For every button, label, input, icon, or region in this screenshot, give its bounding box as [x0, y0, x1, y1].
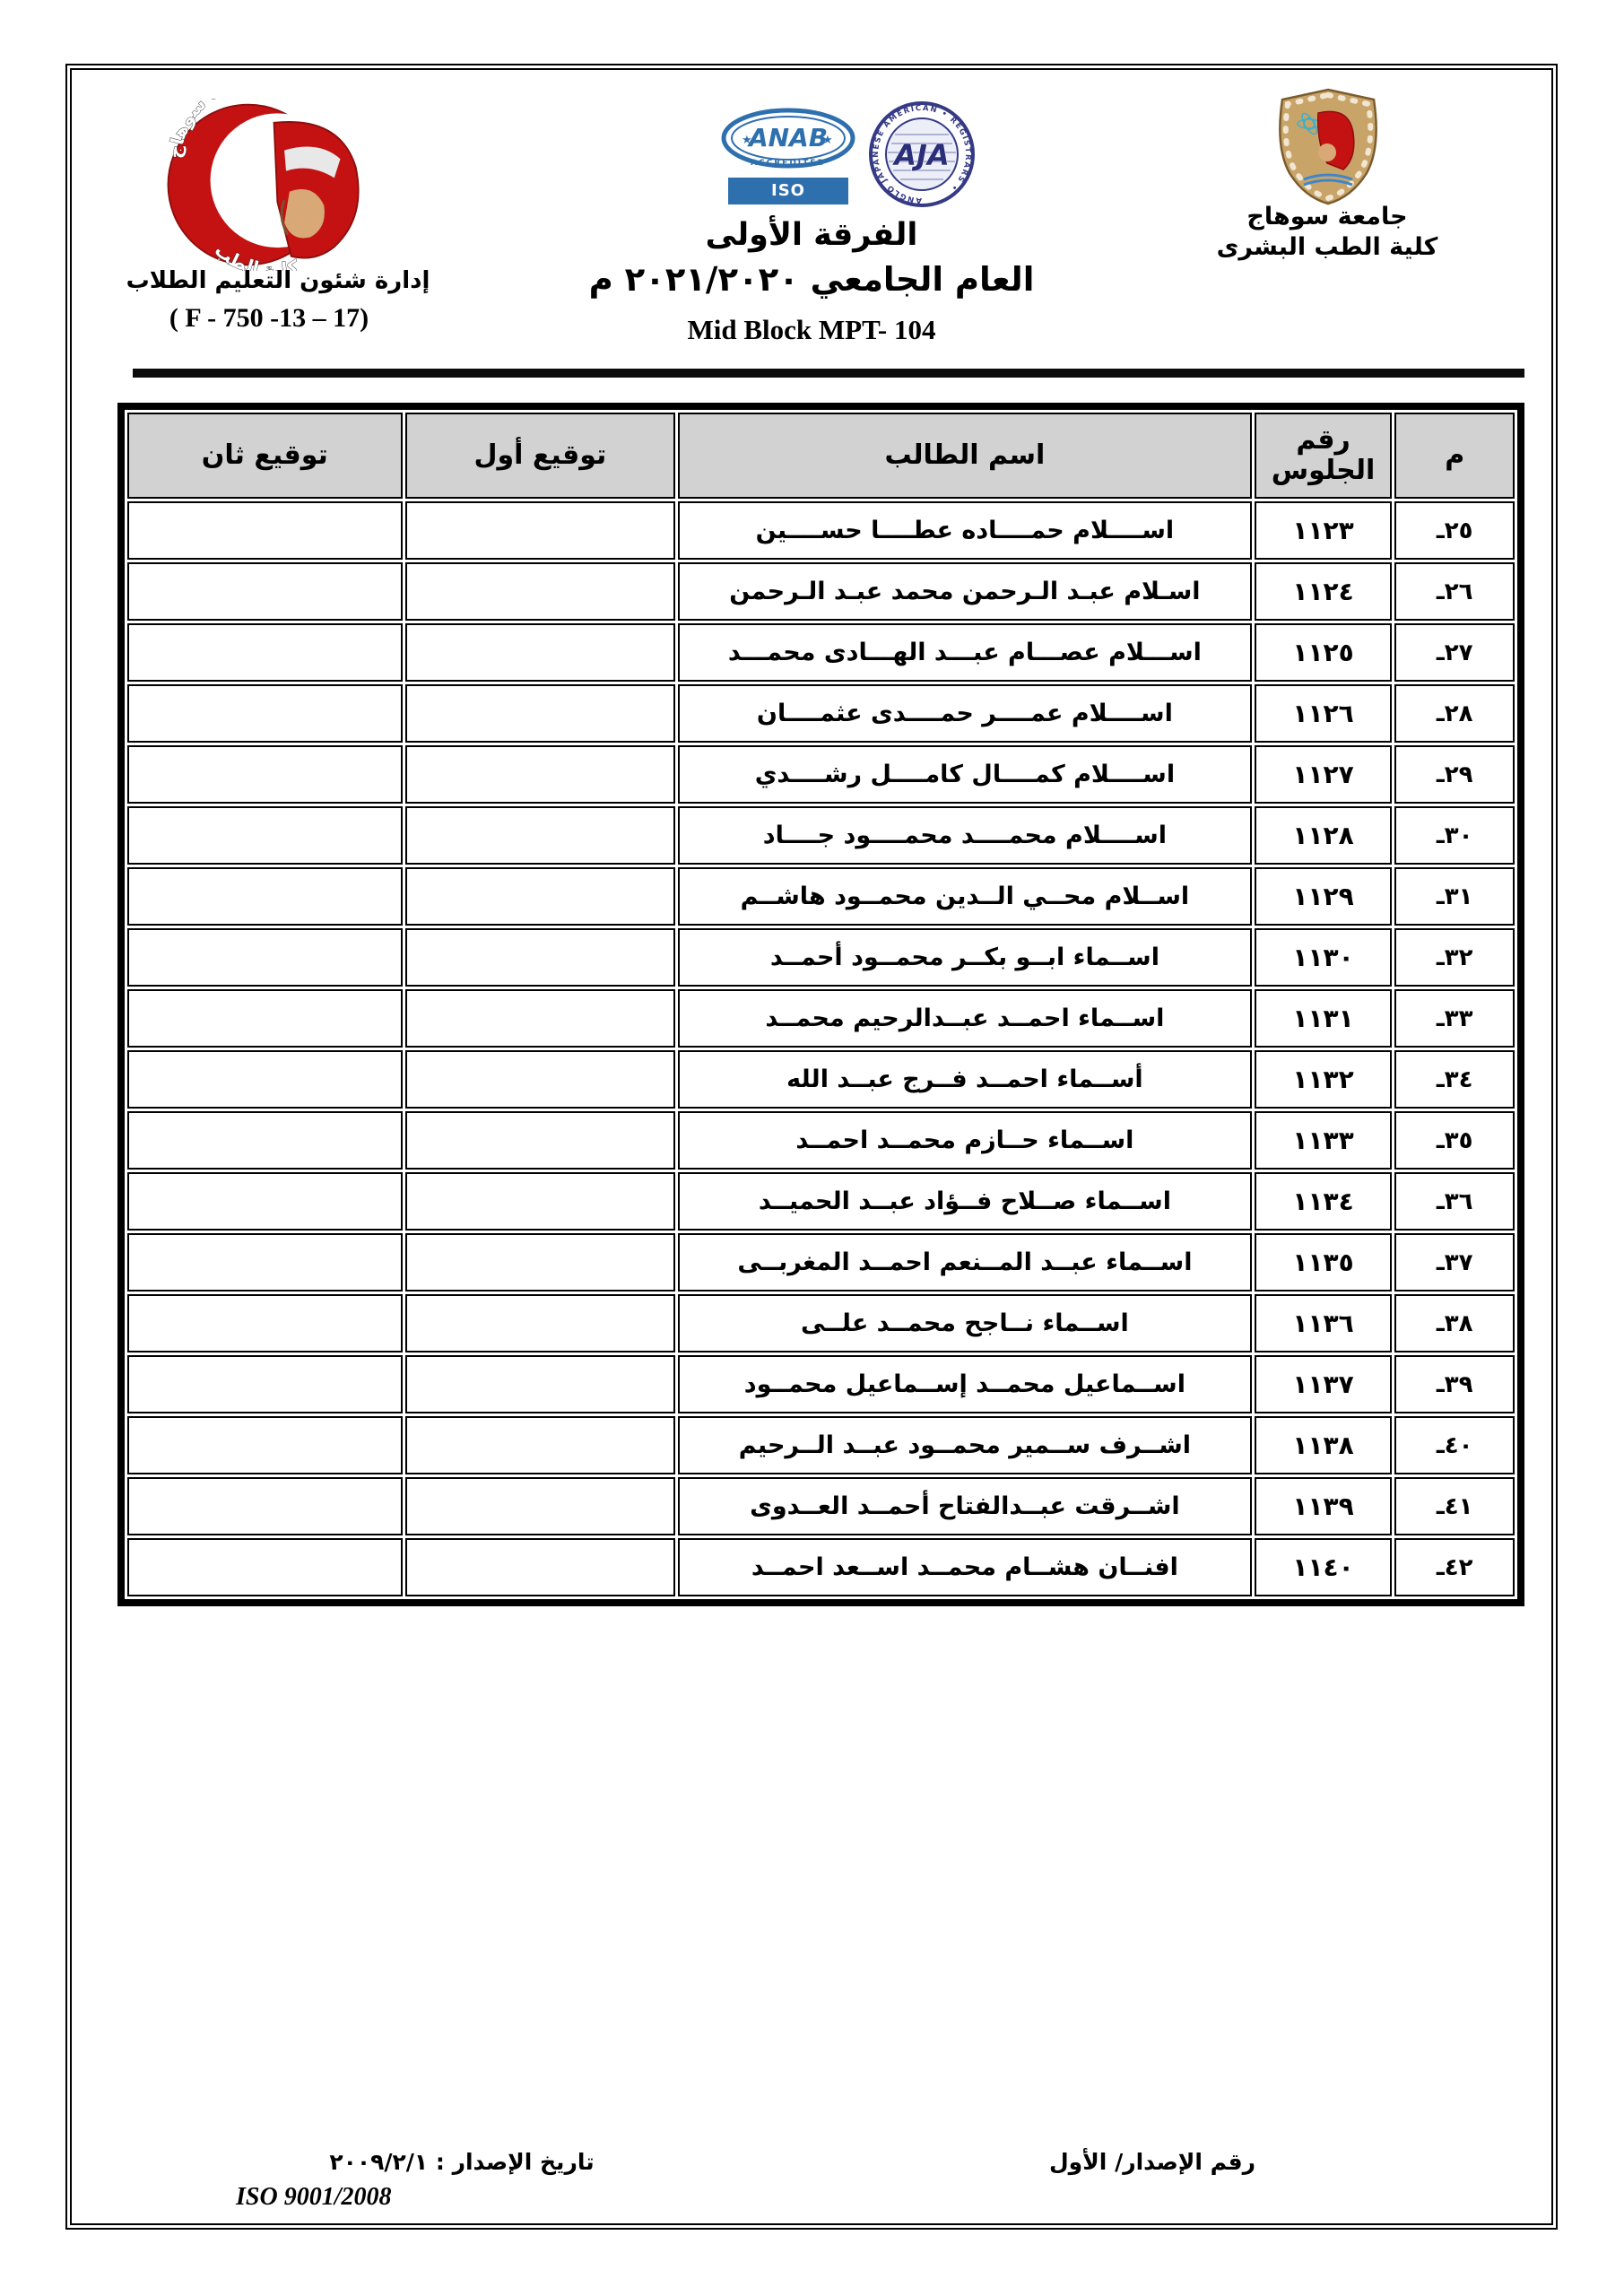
table-row: ٢٨ـ١١٢٦اســــلام عمــــر حمــــدى عثمـــ… [127, 684, 1515, 743]
row-index-cell: ٣٣ـ [1394, 989, 1515, 1048]
row-index-cell: ٢٦ـ [1394, 562, 1515, 621]
table-row: ٣٤ـ١١٣٢أســماء احمــد فــرج عبــد الله [127, 1050, 1515, 1109]
table-row: ٣٥ـ١١٣٣اســماء حــازم محمــد احمــد [127, 1111, 1515, 1170]
second-signature-cell [127, 867, 403, 926]
student-roster-table: مرقم الجلوساسم الطالبتوقيع أولتوقيع ثان … [125, 410, 1517, 1599]
first-signature-cell [405, 745, 676, 804]
title-block-course: Mid Block MPT- 104 [587, 314, 1036, 346]
row-index-cell: ٣٧ـ [1394, 1233, 1515, 1291]
seat-number-cell: ١١٣٦ [1255, 1294, 1393, 1352]
table-row: ٣٨ـ١١٣٦اســماء نــاجح محمــد علــى [127, 1294, 1515, 1352]
seat-number-cell: ١١٣١ [1255, 989, 1393, 1048]
student-name-cell: اســماء عبــد المــنعم احمــد المغربــى [678, 1233, 1251, 1291]
header-divider-rule [133, 369, 1524, 378]
table-row: ٣٣ـ١١٣١اســماء احمــد عبــدالرحيم محمــد [127, 989, 1515, 1048]
table-row: ٤٠ـ١١٣٨اشــرف ســمير محمــود عبــد الــر… [127, 1416, 1515, 1474]
first-signature-cell [405, 1355, 676, 1413]
first-signature-cell [405, 806, 676, 865]
student-name-cell: اســــلام حمــــاده عطــــا حســــين [678, 501, 1251, 560]
first-signature-cell [405, 623, 676, 682]
student-name-cell: اســماعيل محمــد إســماعيل محمــود [678, 1355, 1251, 1413]
aja-wordmark: AJA [891, 138, 949, 172]
title-year-group: الفرقة الأولى [587, 217, 1036, 253]
second-signature-cell [127, 684, 403, 743]
second-signature-cell [127, 1050, 403, 1109]
student-name-cell: اســــلام كمــــال كامــــل رشــــدي [678, 745, 1251, 804]
university-crescent-logo: جامعة سوهاج كلية الطب [143, 99, 408, 271]
seat-number-cell: ١١٢٧ [1255, 745, 1393, 804]
student-name-cell: اســماء حــازم محمــد احمــد [678, 1111, 1251, 1170]
svg-text:★: ★ [742, 134, 752, 147]
student-roster-table-wrapper: مرقم الجلوساسم الطالبتوقيع أولتوقيع ثان … [117, 403, 1524, 1606]
first-signature-cell [405, 928, 676, 987]
student-name-cell: اســلام محــي الــدين محمــود هاشــم [678, 867, 1251, 926]
row-index-cell: ٤١ـ [1394, 1477, 1515, 1535]
student-name-cell: اســماء صــلاح فــؤاد عبــد الحميــد [678, 1172, 1251, 1231]
first-signature-cell [405, 1050, 676, 1109]
iso-9001-badge: ISO 9001:2008 [728, 178, 848, 204]
second-signature-cell [127, 1172, 403, 1231]
student-name-cell: أســماء احمــد فــرج عبــد الله [678, 1050, 1251, 1109]
department-label: إدارة شئون التعليم الطلاب [90, 267, 466, 294]
first-signature-cell [405, 1111, 676, 1170]
second-signature-cell [127, 1294, 403, 1352]
document-page: جامعة سوهاج كلية الطب إدارة شئون التعليم… [0, 0, 1624, 2296]
first-signature-cell [405, 1416, 676, 1474]
seat-number-cell: ١١٢٥ [1255, 623, 1393, 682]
row-index-cell: ٤٢ـ [1394, 1538, 1515, 1596]
title-academic-year: العام الجامعي ٢٠٢١/٢٠٢٠ م [543, 260, 1081, 299]
column-header-1: رقم الجلوس [1255, 413, 1393, 499]
student-name-cell: اســــلام عمــــر حمــــدى عثمــــان [678, 684, 1251, 743]
second-signature-cell [127, 1416, 403, 1474]
table-row: ٣٩ـ١١٣٧اســماعيل محمــد إســماعيل محمــو… [127, 1355, 1515, 1413]
table-row: ٤٢ـ١١٤٠افنــان هشــام محمــد اســعد احمـ… [127, 1538, 1515, 1596]
first-signature-cell [405, 562, 676, 621]
aja-logo: AJA ANGLO JAPANESE AMERICAN • REGISTRARS… [868, 100, 976, 208]
seat-number-cell: ١١٢٨ [1255, 806, 1393, 865]
form-code-label: ( F - 750 -13 – 17) [90, 303, 448, 334]
seat-number-cell: ١١٣٥ [1255, 1233, 1393, 1291]
row-index-cell: ٢٩ـ [1394, 745, 1515, 804]
row-index-cell: ٢٨ـ [1394, 684, 1515, 743]
second-signature-cell [127, 1538, 403, 1596]
row-index-cell: ٣٤ـ [1394, 1050, 1515, 1109]
row-index-cell: ٣٢ـ [1394, 928, 1515, 987]
seat-number-cell: ١١٣٣ [1255, 1111, 1393, 1170]
table-header-row: مرقم الجلوساسم الطالبتوقيع أولتوقيع ثان [127, 413, 1515, 499]
student-name-cell: اســــلام محمــــد محمــــود جــــاد [678, 806, 1251, 865]
second-signature-cell [127, 623, 403, 682]
table-row: ٤١ـ١١٣٩اشــرقت عبــدالفتاح أحمــد العــد… [127, 1477, 1515, 1535]
second-signature-cell [127, 806, 403, 865]
anab-logo: ANAB ★ ★ ACCREDITED [720, 108, 856, 176]
table-row: ٣٦ـ١١٣٤اســماء صــلاح فــؤاد عبــد الحمي… [127, 1172, 1515, 1231]
university-shield-logo [1264, 86, 1392, 206]
seat-number-cell: ١١٢٤ [1255, 562, 1393, 621]
seat-number-cell: ١١٢٩ [1255, 867, 1393, 926]
seat-number-cell: ١١٣٤ [1255, 1172, 1393, 1231]
student-name-cell: اســماء احمــد عبــدالرحيم محمــد [678, 989, 1251, 1048]
first-signature-cell [405, 1172, 676, 1231]
row-index-cell: ٣٠ـ [1394, 806, 1515, 865]
second-signature-cell [127, 928, 403, 987]
column-header-4: توقيع ثان [127, 413, 403, 499]
table-row: ٢٩ـ١١٢٧اســــلام كمــــال كامــــل رشـــ… [127, 745, 1515, 804]
table-row: ٢٥ـ١١٢٣اســــلام حمــــاده عطــــا حســـ… [127, 501, 1515, 560]
seat-number-cell: ١١٣٩ [1255, 1477, 1393, 1535]
anab-wordmark: ANAB [747, 123, 828, 152]
column-header-0: م [1394, 413, 1515, 499]
seat-number-cell: ١١٣٠ [1255, 928, 1393, 987]
first-signature-cell [405, 989, 676, 1048]
first-signature-cell [405, 684, 676, 743]
issue-date-label: تاريخ الإصدار : ٢٠٠٩/٢/١ [296, 2149, 628, 2175]
row-index-cell: ٣٩ـ [1394, 1355, 1515, 1413]
student-name-cell: اشــرف ســمير محمــود عبــد الــرحيم [678, 1416, 1251, 1474]
student-name-cell: افنــان هشــام محمــد اســعد احمــد [678, 1538, 1251, 1596]
student-name-cell: اسـلام عبـد الـرحمن محمد عبـد الـرحمن [678, 562, 1251, 621]
second-signature-cell [127, 989, 403, 1048]
second-signature-cell [127, 562, 403, 621]
row-index-cell: ٣٦ـ [1394, 1172, 1515, 1231]
first-signature-cell [405, 867, 676, 926]
row-index-cell: ٣٥ـ [1394, 1111, 1515, 1170]
svg-text:★: ★ [822, 134, 833, 147]
second-signature-cell [127, 745, 403, 804]
university-name-label: جامعة سوهاج [1211, 203, 1444, 230]
second-signature-cell [127, 1111, 403, 1170]
column-header-3: توقيع أول [405, 413, 676, 499]
row-index-cell: ٤٠ـ [1394, 1416, 1515, 1474]
seat-number-cell: ١١٢٦ [1255, 684, 1393, 743]
seat-number-cell: ١١٣٢ [1255, 1050, 1393, 1109]
row-index-cell: ٢٧ـ [1394, 623, 1515, 682]
table-row: ٢٦ـ١١٢٤اسـلام عبـد الـرحمن محمد عبـد الـ… [127, 562, 1515, 621]
table-row: ٢٧ـ١١٢٥اســـلام عصـــام عبـــد الهـــادى… [127, 623, 1515, 682]
second-signature-cell [127, 1477, 403, 1535]
student-name-cell: اســـلام عصـــام عبـــد الهـــادى محمـــ… [678, 623, 1251, 682]
column-header-2: اسم الطالب [678, 413, 1251, 499]
first-signature-cell [405, 1294, 676, 1352]
student-name-cell: اســماء نــاجح محمــد علــى [678, 1294, 1251, 1352]
second-signature-cell [127, 1233, 403, 1291]
faculty-name-label: كلية الطب البشرى [1211, 233, 1444, 261]
student-name-cell: اســماء ابــو بكــر محمــود أحمــد [678, 928, 1251, 987]
row-index-cell: ٣١ـ [1394, 867, 1515, 926]
seat-number-cell: ١١٤٠ [1255, 1538, 1393, 1596]
table-row: ٣٧ـ١١٣٥اســماء عبــد المــنعم احمــد الم… [127, 1233, 1515, 1291]
iso-standard-label: ISO 9001/2008 [236, 2183, 469, 2212]
row-index-cell: ٣٨ـ [1394, 1294, 1515, 1352]
seat-number-cell: ١١٣٨ [1255, 1416, 1393, 1474]
first-signature-cell [405, 1233, 676, 1291]
table-row: ٣٠ـ١١٢٨اســــلام محمــــد محمــــود جـــ… [127, 806, 1515, 865]
table-row: ٣١ـ١١٢٩اســلام محــي الــدين محمــود هاش… [127, 867, 1515, 926]
seat-number-cell: ١١٢٣ [1255, 501, 1393, 560]
row-index-cell: ٢٥ـ [1394, 501, 1515, 560]
first-signature-cell [405, 1477, 676, 1535]
issue-number-label: رقم الإصدار/ الأول [1004, 2149, 1300, 2175]
second-signature-cell [127, 501, 403, 560]
first-signature-cell [405, 1538, 676, 1596]
second-signature-cell [127, 1355, 403, 1413]
first-signature-cell [405, 501, 676, 560]
anab-accredited-label: ACCREDITED [751, 159, 826, 168]
seat-number-cell: ١١٣٧ [1255, 1355, 1393, 1413]
table-row: ٣٢ـ١١٣٠اســماء ابــو بكــر محمــود أحمــ… [127, 928, 1515, 987]
student-name-cell: اشــرقت عبــدالفتاح أحمــد العــدوى [678, 1477, 1251, 1535]
